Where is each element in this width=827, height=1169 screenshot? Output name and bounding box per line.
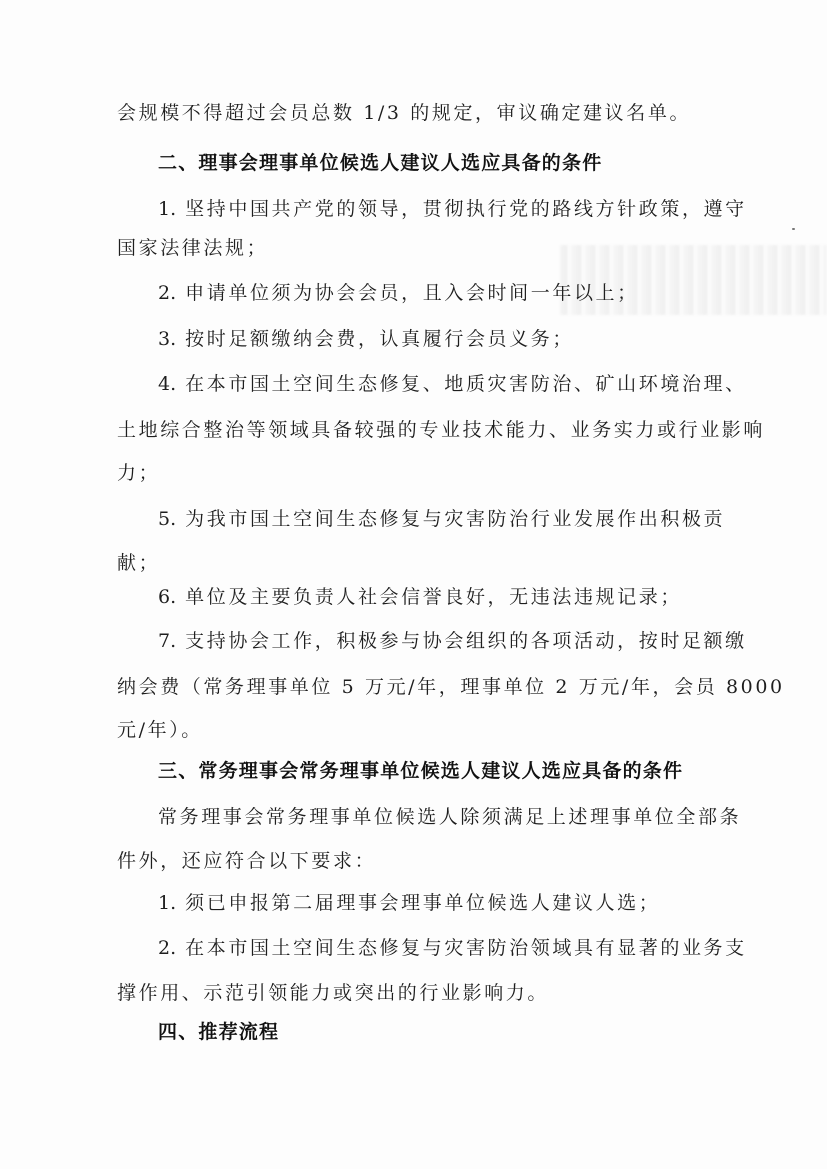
line-text: 会规模不得超过会员总数 1/3 的规定，审议确定建议名单。 [117, 102, 691, 124]
line-text: 力； [117, 462, 160, 484]
line-text: 土地综合整治等领域具备较强的专业技术能力、业务实力或行业影响 [117, 419, 765, 441]
document-text-line: 纳会费（常务理事单位 5 万元/年，理事单位 2 万元/年，会员 8000 [117, 675, 707, 699]
document-text-line: 力； [117, 461, 707, 485]
document-text-line: 6.单位及主要负责人社会信誉良好，无违法违规记录； [158, 585, 748, 609]
list-number: 7. [158, 630, 176, 652]
line-text: 申请单位须为协会会员，且入会时间一年以上； [185, 282, 639, 304]
line-text: 三、常务理事会常务理事单位候选人建议人选应具备的条件 [158, 760, 683, 782]
document-text-line: 5.为我市国土空间生态修复与灾害防治行业发展作出积极贡 [158, 507, 748, 531]
line-text: 件外，还应符合以下要求： [117, 850, 376, 872]
document-text-line: 国家法律法规； [117, 236, 707, 260]
list-number: 2. [158, 937, 176, 959]
list-number: 2. [158, 282, 176, 304]
line-text: 须已申报第二届理事会理事单位候选人建议人选； [185, 892, 660, 914]
document-text-line: 1.坚持中国共产党的领导，贯彻执行党的路线方针政策，遵守 [158, 197, 748, 221]
document-text-line: 常务理事会常务理事单位候选人除须满足上述理事单位全部条 [158, 805, 748, 829]
document-text-line: 4.在本市国土空间生态修复、地质灾害防治、矿山环境治理、 [158, 372, 748, 396]
line-text: 二、理事会理事单位候选人建议人选应具备的条件 [158, 152, 602, 174]
list-number: 3. [158, 328, 176, 350]
scan-speck [792, 228, 795, 230]
line-text: 在本市国土空间生态修复与灾害防治领域具有显著的业务支 [185, 937, 747, 959]
line-text: 元/年）。 [117, 719, 203, 741]
list-number: 1. [158, 198, 176, 220]
line-text: 为我市国土空间生态修复与灾害防治行业发展作出积极贡 [185, 508, 725, 530]
document-text-line: 2.申请单位须为协会会员，且入会时间一年以上； [158, 281, 748, 305]
line-text: 常务理事会常务理事单位候选人除须满足上述理事单位全部条 [158, 806, 741, 828]
line-text: 献； [117, 552, 160, 574]
list-number: 6. [158, 586, 176, 608]
line-text: 单位及主要负责人社会信誉良好，无违法违规记录； [185, 586, 682, 608]
document-text-line: 献； [117, 551, 707, 575]
line-text: 撑作用、示范引领能力或突出的行业影响力。 [117, 982, 549, 1004]
line-text: 支持协会工作，积极参与协会组织的各项活动，按时足额缴 [185, 630, 747, 652]
list-number: 4. [158, 373, 176, 395]
document-text-line: 3.按时足额缴纳会费，认真履行会员义务； [158, 327, 748, 351]
document-text-line: 件外，还应符合以下要求： [117, 849, 707, 873]
line-text: 在本市国土空间生态修复、地质灾害防治、矿山环境治理、 [185, 373, 747, 395]
line-text: 按时足额缴纳会费，认真履行会员义务； [185, 328, 574, 350]
section-heading: 三、常务理事会常务理事单位候选人建议人选应具备的条件 [158, 759, 748, 783]
section-heading: 四、推荐流程 [158, 1020, 748, 1044]
list-number: 5. [158, 508, 176, 530]
document-text-line: 7.支持协会工作，积极参与协会组织的各项活动，按时足额缴 [158, 629, 748, 653]
document-text-line: 元/年）。 [117, 718, 707, 742]
line-text: 国家法律法规； [117, 237, 268, 259]
line-text: 坚持中国共产党的领导，贯彻执行党的路线方针政策，遵守 [185, 198, 747, 220]
section-heading: 二、理事会理事单位候选人建议人选应具备的条件 [158, 151, 748, 175]
document-text-line: 2.在本市国土空间生态修复与灾害防治领域具有显著的业务支 [158, 936, 748, 960]
list-number: 1. [158, 892, 176, 914]
document-text-line: 撑作用、示范引领能力或突出的行业影响力。 [117, 981, 707, 1005]
document-text-line: 土地综合整治等领域具备较强的专业技术能力、业务实力或行业影响 [117, 418, 707, 442]
line-text: 四、推荐流程 [158, 1021, 279, 1043]
document-text-line: 1.须已申报第二届理事会理事单位候选人建议人选； [158, 891, 748, 915]
line-text: 纳会费（常务理事单位 5 万元/年，理事单位 2 万元/年，会员 8000 [117, 676, 785, 698]
document-text-line: 会规模不得超过会员总数 1/3 的规定，审议确定建议名单。 [117, 101, 707, 125]
